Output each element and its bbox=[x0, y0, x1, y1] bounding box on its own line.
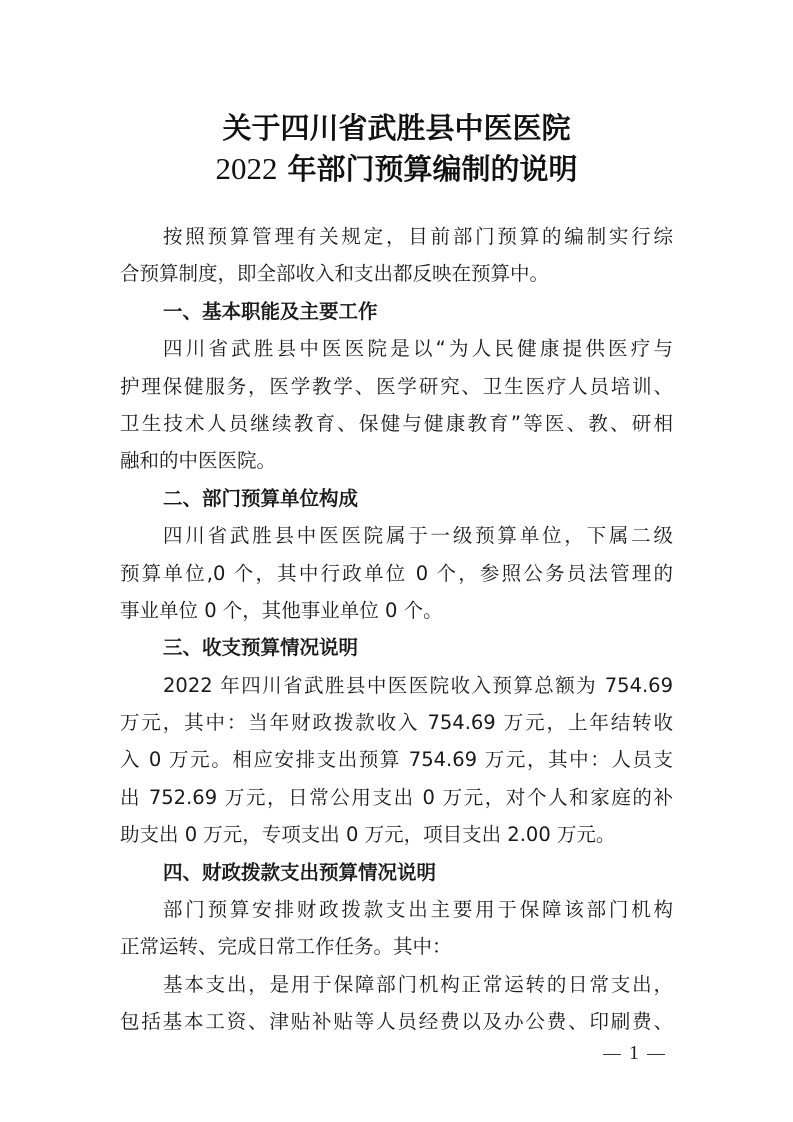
paragraph-line: 护理保健服务，医学教学、医学研究、卫生医疗人员培训、 bbox=[120, 368, 673, 405]
paragraph-line: 助支出 0 万元，专项支出 0 万元，项目支出 2.00 万元。 bbox=[120, 816, 673, 853]
paragraph-line: 预算单位,0 个，其中行政单位 0 个，参照公务员法管理的 bbox=[120, 555, 673, 592]
section-heading-units: 二、部门预算单位构成 bbox=[120, 480, 673, 517]
paragraph-line: 四川省武胜县中医医院属于一级预算单位，下属二级 bbox=[120, 517, 673, 554]
paragraph-line: 融和的中医医院。 bbox=[120, 442, 673, 479]
document-page: 关于四川省武胜县中医医院 2022 年部门预算编制的说明 按照预算管理有关规定，… bbox=[0, 0, 793, 1122]
document-body: 按照预算管理有关规定，目前部门预算的编制实行综 合预算制度，即全部收入和支出都反… bbox=[120, 218, 673, 1041]
section-heading-budget: 三、收支预算情况说明 bbox=[120, 629, 673, 666]
paragraph-line: 四川省武胜县中医医院是以“为人民健康提供医疗与 bbox=[120, 330, 673, 367]
paragraph-line: 基本支出，是用于保障部门机构正常运转的日常支出， bbox=[120, 966, 673, 1003]
title-year: 2022 bbox=[215, 151, 277, 186]
dash-right bbox=[647, 1054, 665, 1056]
paragraph-line: 入 0 万元。相应安排支出预算 754.69 万元，其中：人员支 bbox=[120, 741, 673, 778]
dash-left bbox=[603, 1054, 621, 1056]
paragraph-line: 2022 年四川省武胜县中医医院收入预算总额为 754.69 bbox=[120, 667, 673, 704]
intro-line: 合预算制度，即全部收入和支出都反映在预算中。 bbox=[120, 255, 673, 292]
paragraph-line: 事业单位 0 个，其他事业单位 0 个。 bbox=[120, 592, 673, 629]
paragraph-line: 包括基本工资、津贴补贴等人员经费以及办公费、印刷费、 bbox=[120, 1003, 673, 1040]
document-title-line1: 关于四川省武胜县中医医院 bbox=[0, 106, 793, 147]
page-number: 1 bbox=[629, 1042, 639, 1064]
section-heading-functions: 一、基本职能及主要工作 bbox=[120, 293, 673, 330]
title-line2-text: 年部门预算编制的说明 bbox=[277, 152, 577, 186]
paragraph-line: 正常运转、完成日常工作任务。其中： bbox=[120, 928, 673, 965]
paragraph-line: 万元，其中：当年财政拨款收入 754.69 万元，上年结转收 bbox=[120, 704, 673, 741]
document-title-line2: 2022 年部门预算编制的说明 bbox=[0, 147, 793, 188]
paragraph-line: 卫生技术人员继续教育、保健与健康教育”等医、教、研相 bbox=[120, 405, 673, 442]
paragraph-line: 出 752.69 万元，日常公用支出 0 万元，对个人和家庭的补 bbox=[120, 779, 673, 816]
intro-line: 按照预算管理有关规定，目前部门预算的编制实行综 bbox=[120, 218, 673, 255]
paragraph-line: 部门预算安排财政拨款支出主要用于保障该部门机构 bbox=[120, 891, 673, 928]
section-heading-appropriation: 四、财政拨款支出预算情况说明 bbox=[120, 854, 673, 891]
page-footer: 1 bbox=[595, 1042, 673, 1065]
